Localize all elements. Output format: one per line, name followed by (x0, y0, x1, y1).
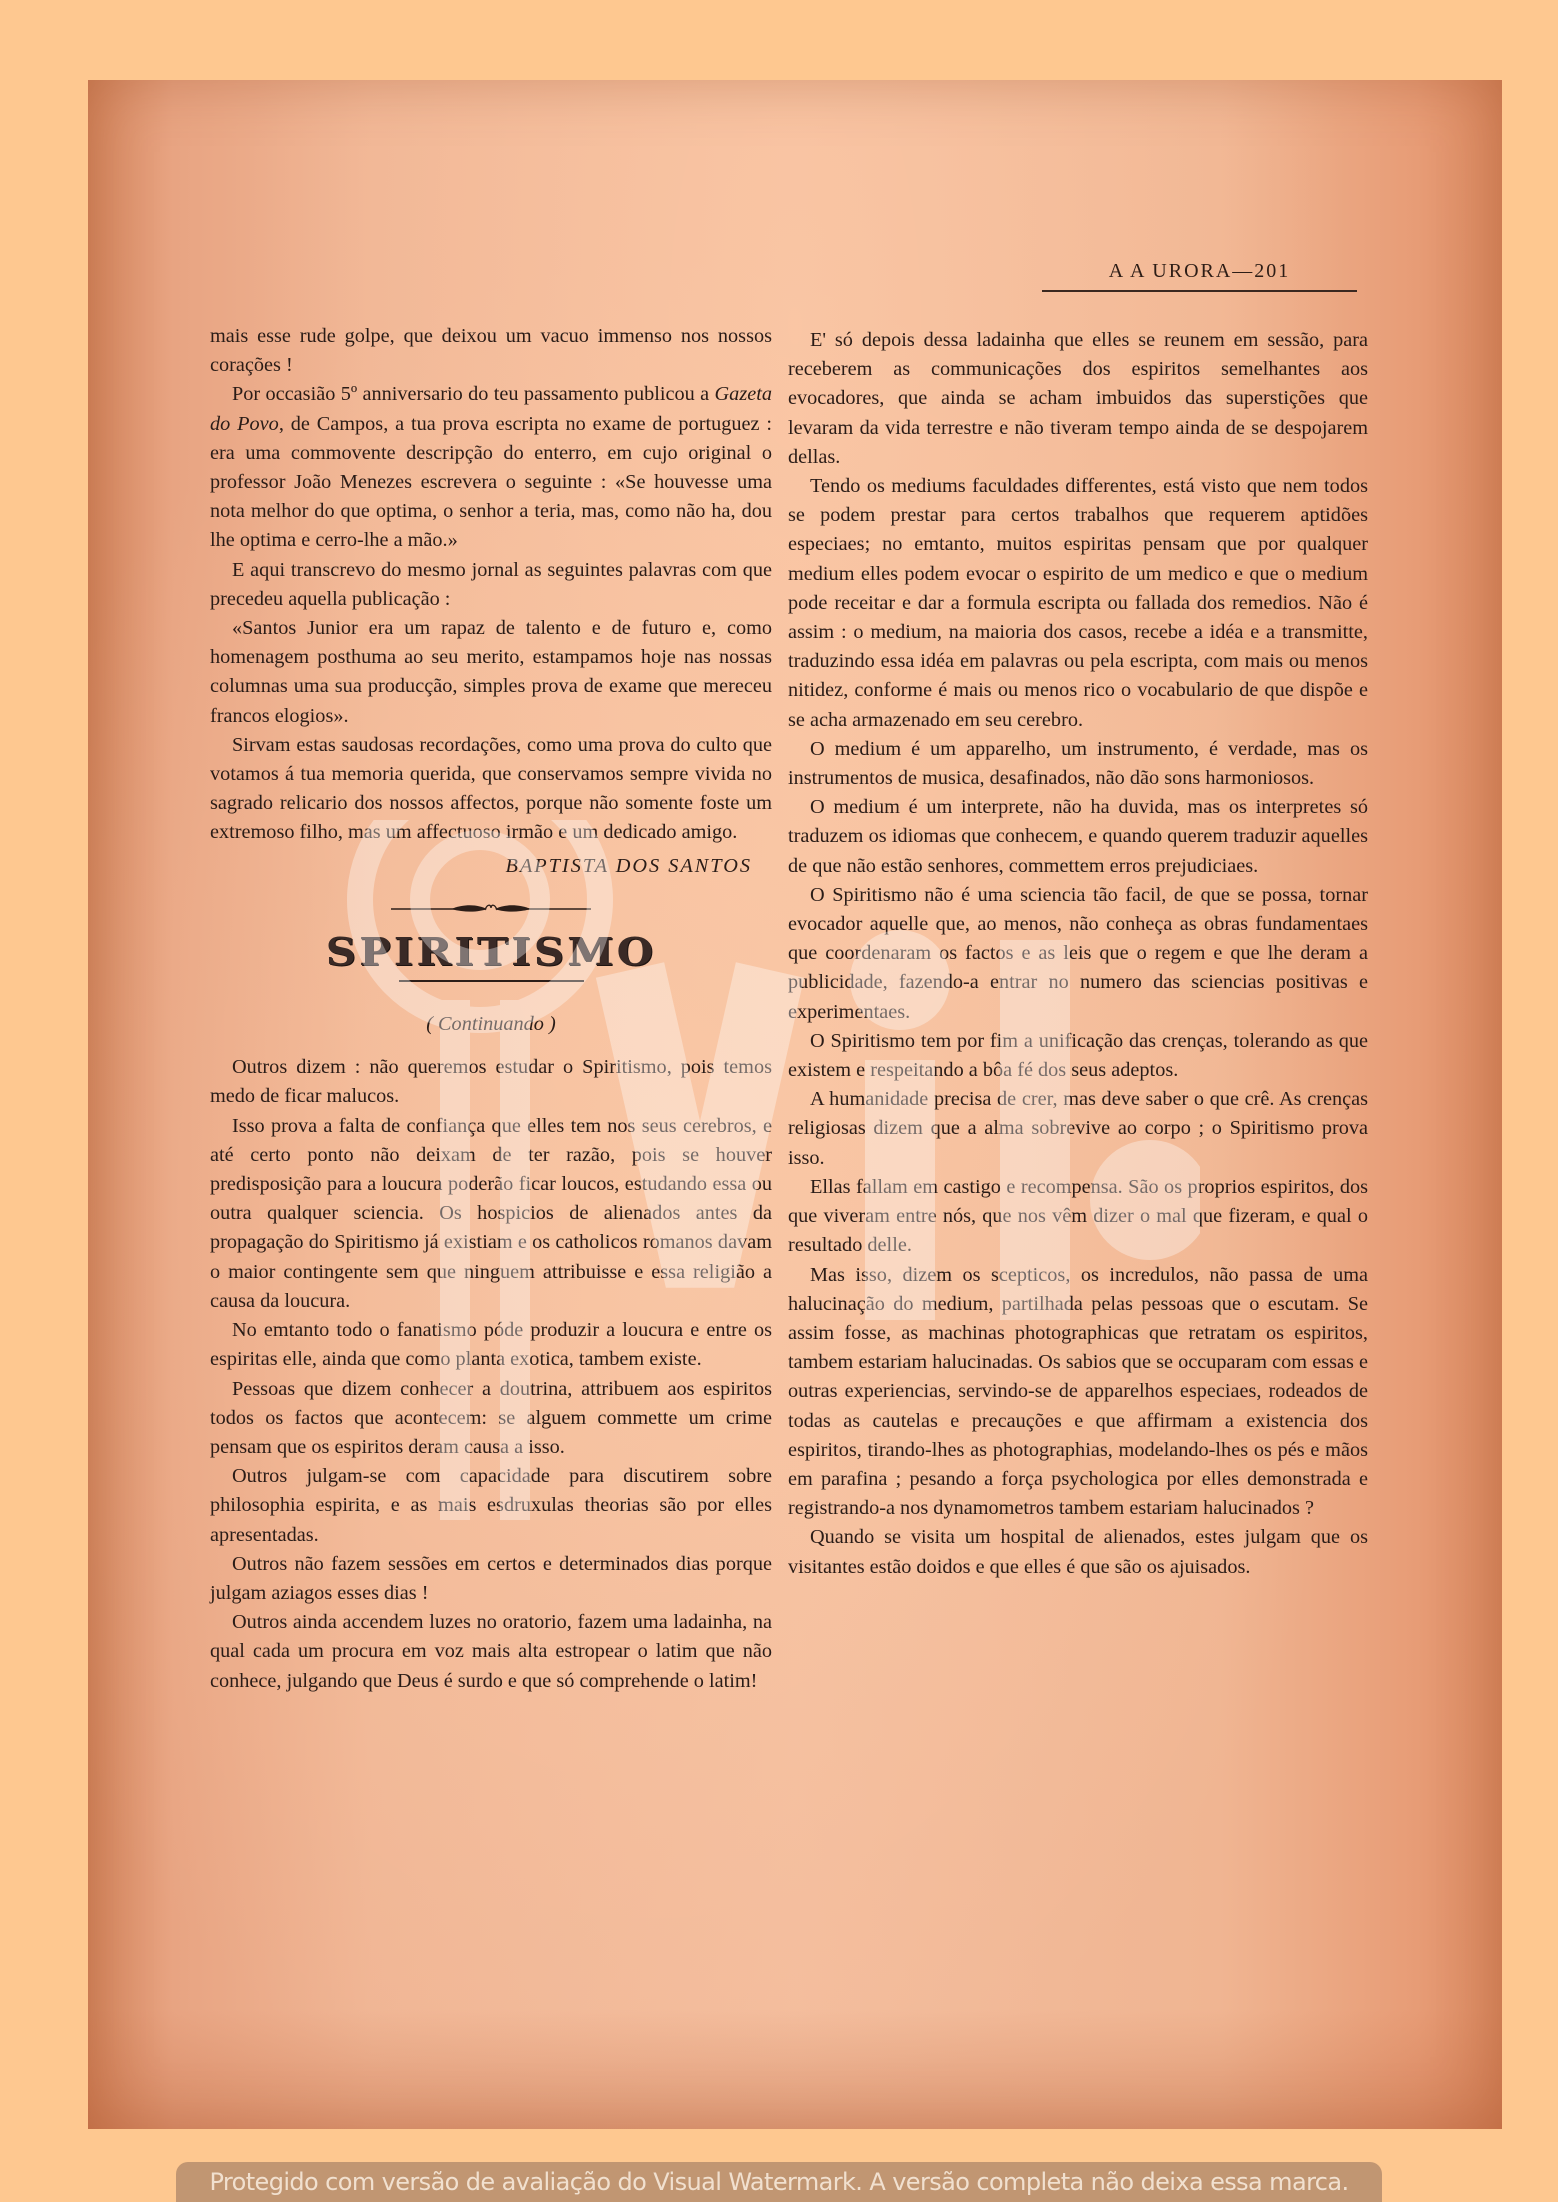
paragraph: Quando se visita um hospital de alienado… (788, 1523, 1368, 1581)
paragraph: Outros não fazem sessões em certos e det… (210, 1550, 772, 1608)
paragraph: O medium é um apparelho, um instrumento,… (788, 735, 1368, 793)
paragraph: A humanidade precisa de crer, mas deve s… (788, 1085, 1368, 1173)
paragraph-text: Por occasião 5º anniversario do teu pass… (232, 383, 715, 405)
paragraph: O Spiritismo tem por fim a unificação da… (788, 1027, 1368, 1085)
paragraph: Ellas fallam em castigo e recompensa. Sã… (788, 1173, 1368, 1261)
paragraph: E' só depois dessa ladainha que elles se… (788, 326, 1368, 472)
paragraph: E aqui transcrevo do mesmo jornal as seg… (210, 556, 772, 614)
section-title: SPIRITISMO (210, 938, 772, 965)
title-rule (399, 980, 584, 982)
paragraph: Tendo os mediums faculdades differentes,… (788, 472, 1368, 735)
paragraph: Sirvam estas saudosas recordações, como … (210, 731, 772, 848)
running-head: A A URORA—201 (1042, 260, 1357, 283)
paragraph: Pessoas que dizem conhecer a doutrina, a… (210, 1375, 772, 1463)
paragraph: O Spiritismo não é uma sciencia tão faci… (788, 881, 1368, 1027)
right-column: E' só depois dessa ladainha que elles se… (788, 326, 1368, 1582)
paragraph-text: , de Campos, a tua prova escripta no exa… (210, 413, 772, 552)
paragraph: Outros dizem : não queremos estudar o Sp… (210, 1053, 772, 1111)
running-head-rule (1042, 290, 1357, 292)
paragraph: Isso prova a falta de confiança que elle… (210, 1112, 772, 1316)
paragraph: mais esse rude golpe, que deixou um vacu… (210, 322, 772, 380)
continuation-note: ( Continuando ) (210, 1010, 772, 1039)
paragraph: No emtanto todo o fanatismo póde produzi… (210, 1316, 772, 1374)
paragraph: O medium é um interprete, não ha duvida,… (788, 793, 1368, 881)
ornamental-divider-icon (391, 901, 591, 917)
paragraph: Outros julgam-se com capacidade para dis… (210, 1462, 772, 1550)
evaluation-watermark-banner: Protegido com versão de avaliação do Vis… (176, 2162, 1382, 2202)
paragraph: Mas isso, dizem os scepticos, os incredu… (788, 1261, 1368, 1524)
author-signature: BAPTISTA DOS SANTOS (210, 852, 772, 881)
left-column: mais esse rude golpe, que deixou um vacu… (210, 322, 772, 1696)
paragraph: «Santos Junior era um rapaz de talento e… (210, 614, 772, 731)
paragraph-gazeta: Por occasião 5º anniversario do teu pass… (210, 380, 772, 555)
paragraph: Outros ainda accendem luzes no oratorio,… (210, 1608, 772, 1696)
